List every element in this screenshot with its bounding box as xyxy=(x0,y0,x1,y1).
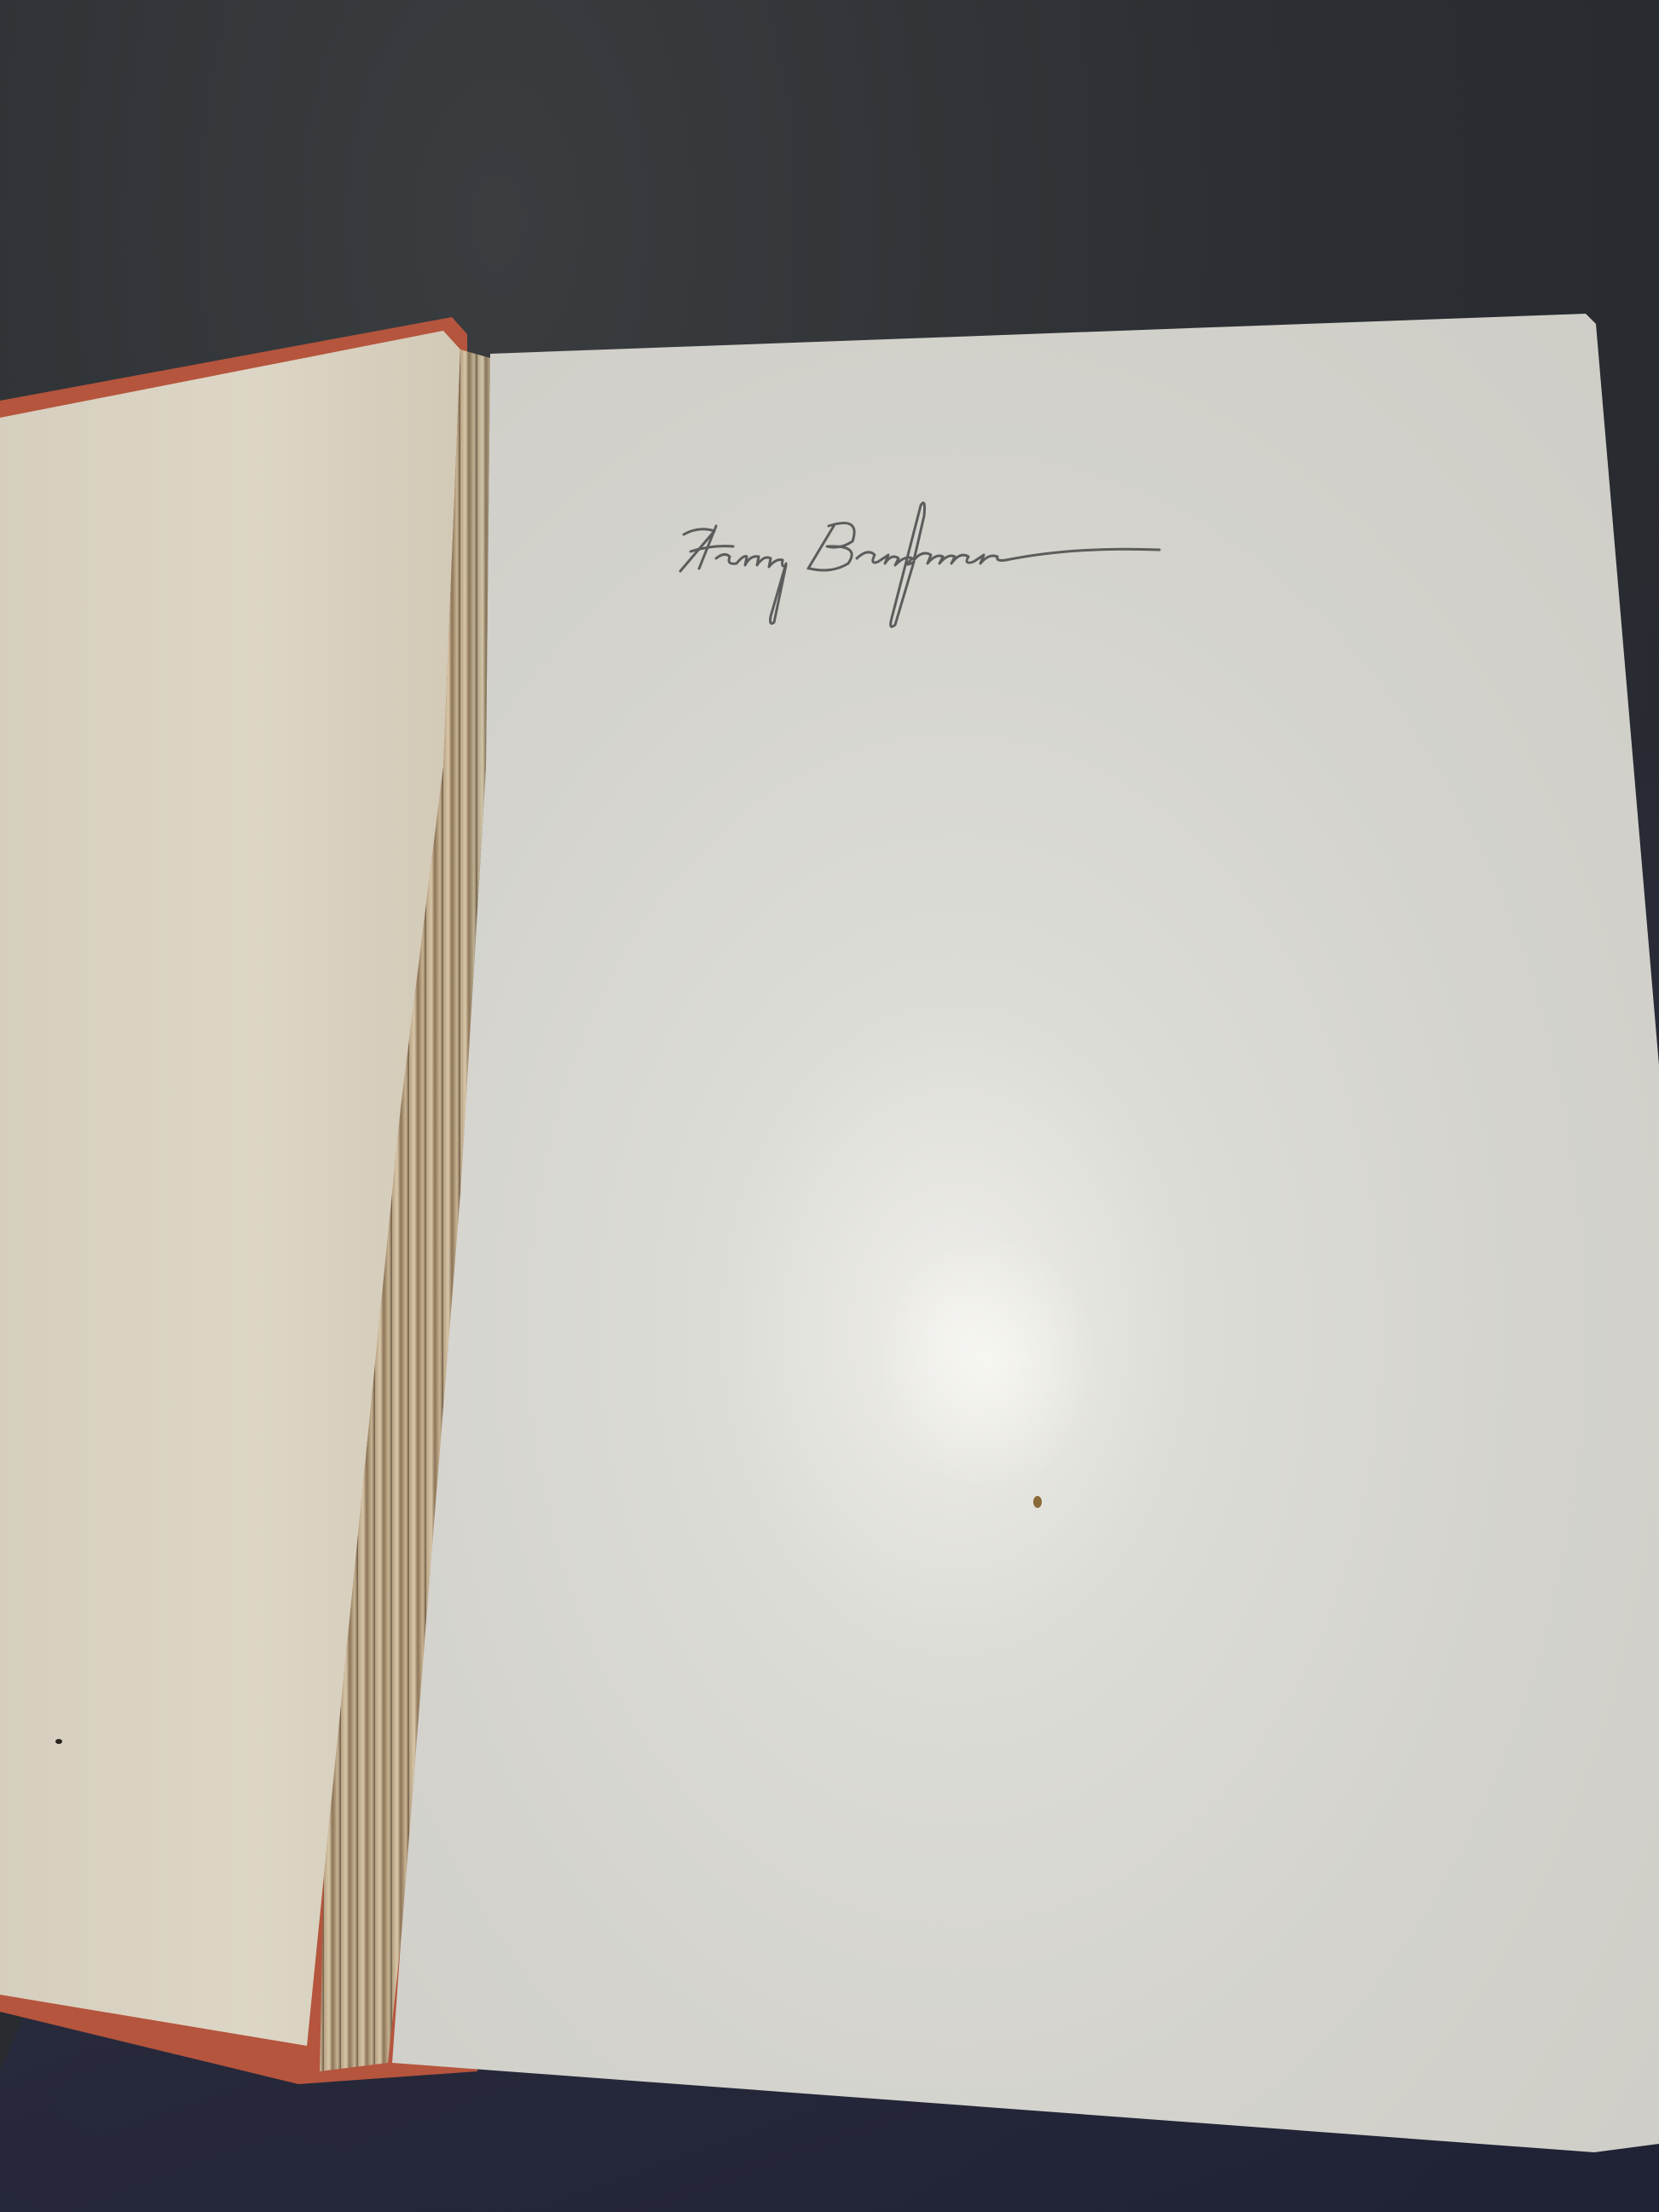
light-glare xyxy=(878,1236,1100,1492)
handwritten-signature: Henry Baughman xyxy=(665,473,1347,635)
endpaper-speck xyxy=(55,1739,62,1744)
page-speck xyxy=(1033,1496,1042,1508)
